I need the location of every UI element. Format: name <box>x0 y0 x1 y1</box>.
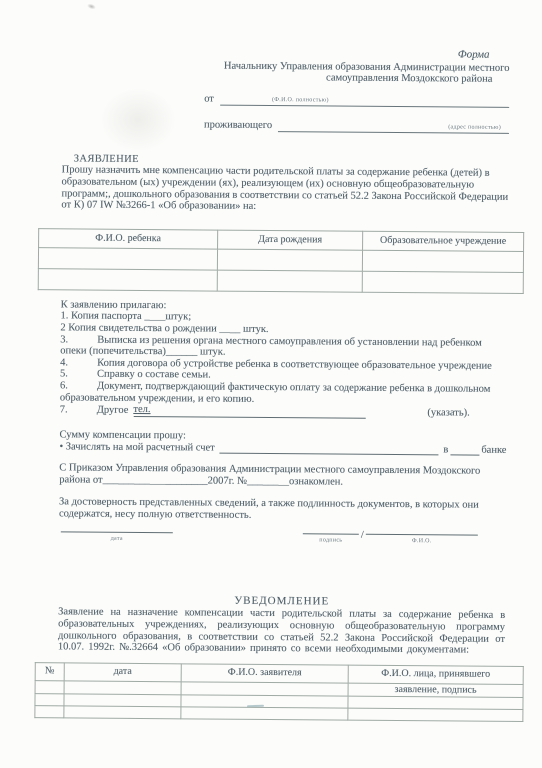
item-text: Копия свидетельства о рождении ____ штук… <box>68 322 268 335</box>
table-cell <box>348 708 523 721</box>
table-cell <box>38 268 217 290</box>
date-signature-block: дата <box>61 532 173 546</box>
slash-separator: / <box>361 530 364 542</box>
table-cell <box>64 694 181 707</box>
attachment-item: 3.Выписка из решения органа местного сам… <box>60 334 507 361</box>
sign-caption: подпись <box>303 535 359 547</box>
item-text: Копия паспорта ____штук; <box>71 311 191 323</box>
item-number: 6. <box>60 380 97 392</box>
item-number: 5. <box>60 369 97 381</box>
addressee-block: Начальнику Управления образования Админи… <box>62 59 509 86</box>
sign-signature-block: подпись <box>303 533 359 547</box>
table-cell <box>64 681 181 695</box>
addressee-line: самоуправления Моздокского района <box>62 71 509 86</box>
phone-blank-line: тел. <box>133 404 365 418</box>
residing-blank-line: (адрес полностью) <box>278 119 509 134</box>
table-cell <box>362 271 523 293</box>
children-table-row <box>38 268 523 293</box>
children-table-header: Образовательное учреждение <box>363 231 524 251</box>
notification-table-header: № <box>35 662 64 680</box>
document-content: Форма Начальнику Управления образования … <box>0 0 542 768</box>
table-cell <box>38 247 217 269</box>
attachment-item-other: 7.Другоетел.(указать). <box>60 403 507 419</box>
compensation-bullet-text: • Зачислять на мой расчетный счет <box>59 441 214 454</box>
in-word: в <box>443 444 448 456</box>
signature-row: дата подпись / Ф.И.О. <box>59 532 506 549</box>
item-number: 2 <box>60 322 65 333</box>
order-acknowledgement: С Приказом Управления образования Админи… <box>59 463 506 490</box>
notification-table-header: Ф.И.О. заявителя <box>181 664 348 683</box>
table-cell <box>64 706 181 719</box>
attachment-item: 6.Документ, подтверждающий фактическую о… <box>60 380 507 407</box>
table-cell <box>217 270 362 292</box>
scanned-document-page: Форма Начальнику Управления образования … <box>0 0 542 768</box>
item-text: Документ, подтверждающий фактическую опл… <box>60 381 491 405</box>
children-table-header: Дата рождения <box>218 230 363 250</box>
table-cell <box>181 682 348 696</box>
bank-blank-line <box>450 444 479 456</box>
date-caption: дата <box>61 534 173 546</box>
item-number: 3. <box>60 334 97 346</box>
responsibility-statement: За достоверность представленных сведений… <box>59 496 506 523</box>
statement-body: Прошу назначить мне компенсацию части ро… <box>61 165 508 215</box>
notification-table-header: дата <box>64 663 181 682</box>
residing-label: проживающего <box>204 120 272 132</box>
item-number: 1. <box>60 311 68 322</box>
item-text: Выписка из решения органа местного самоу… <box>60 334 482 358</box>
notification-table-header: Ф.И.О. лица, принявшего <box>348 665 523 684</box>
table-cell <box>35 680 64 693</box>
item-number: 7. <box>60 404 97 416</box>
table-cell <box>181 707 348 720</box>
table-cell <box>35 705 64 717</box>
from-caption: (Ф.И.О. полностью) <box>272 95 329 107</box>
table-cell <box>217 249 362 271</box>
children-table-header: Ф.И.О. ребенка <box>39 228 218 248</box>
item-text: Справку о составе семьи. <box>97 369 211 381</box>
account-blank-line <box>220 442 439 456</box>
notification-body: Заявление на назначение компенсации част… <box>58 607 505 657</box>
notification-table-row <box>35 705 523 721</box>
residing-caption: (адрес полностью) <box>448 122 501 134</box>
children-table: Ф.И.О. ребенка Дата рождения Образовател… <box>38 228 524 294</box>
from-label: от <box>204 94 214 106</box>
name-caption: Ф.И.О. <box>366 536 478 548</box>
item-suffix: (указать). <box>427 407 469 419</box>
notification-table: № дата Ф.И.О. заявителя Ф.И.О. лица, при… <box>34 662 523 722</box>
item-number: 4. <box>60 357 97 369</box>
residing-row: проживающего (адрес полностью) <box>204 118 509 133</box>
item-text: Другое <box>97 405 129 417</box>
name-signature-block: Ф.И.О. <box>366 534 478 548</box>
table-cell <box>35 693 64 705</box>
from-row: от (Ф.И.О. полностью) <box>204 92 509 107</box>
compensation-bullet-row: • Зачислять на мой расчетный счет в банк… <box>59 441 506 457</box>
bank-word: банке <box>481 444 506 456</box>
table-cell <box>362 250 523 272</box>
from-blank-line: (Ф.И.О. полностью) <box>220 92 509 107</box>
